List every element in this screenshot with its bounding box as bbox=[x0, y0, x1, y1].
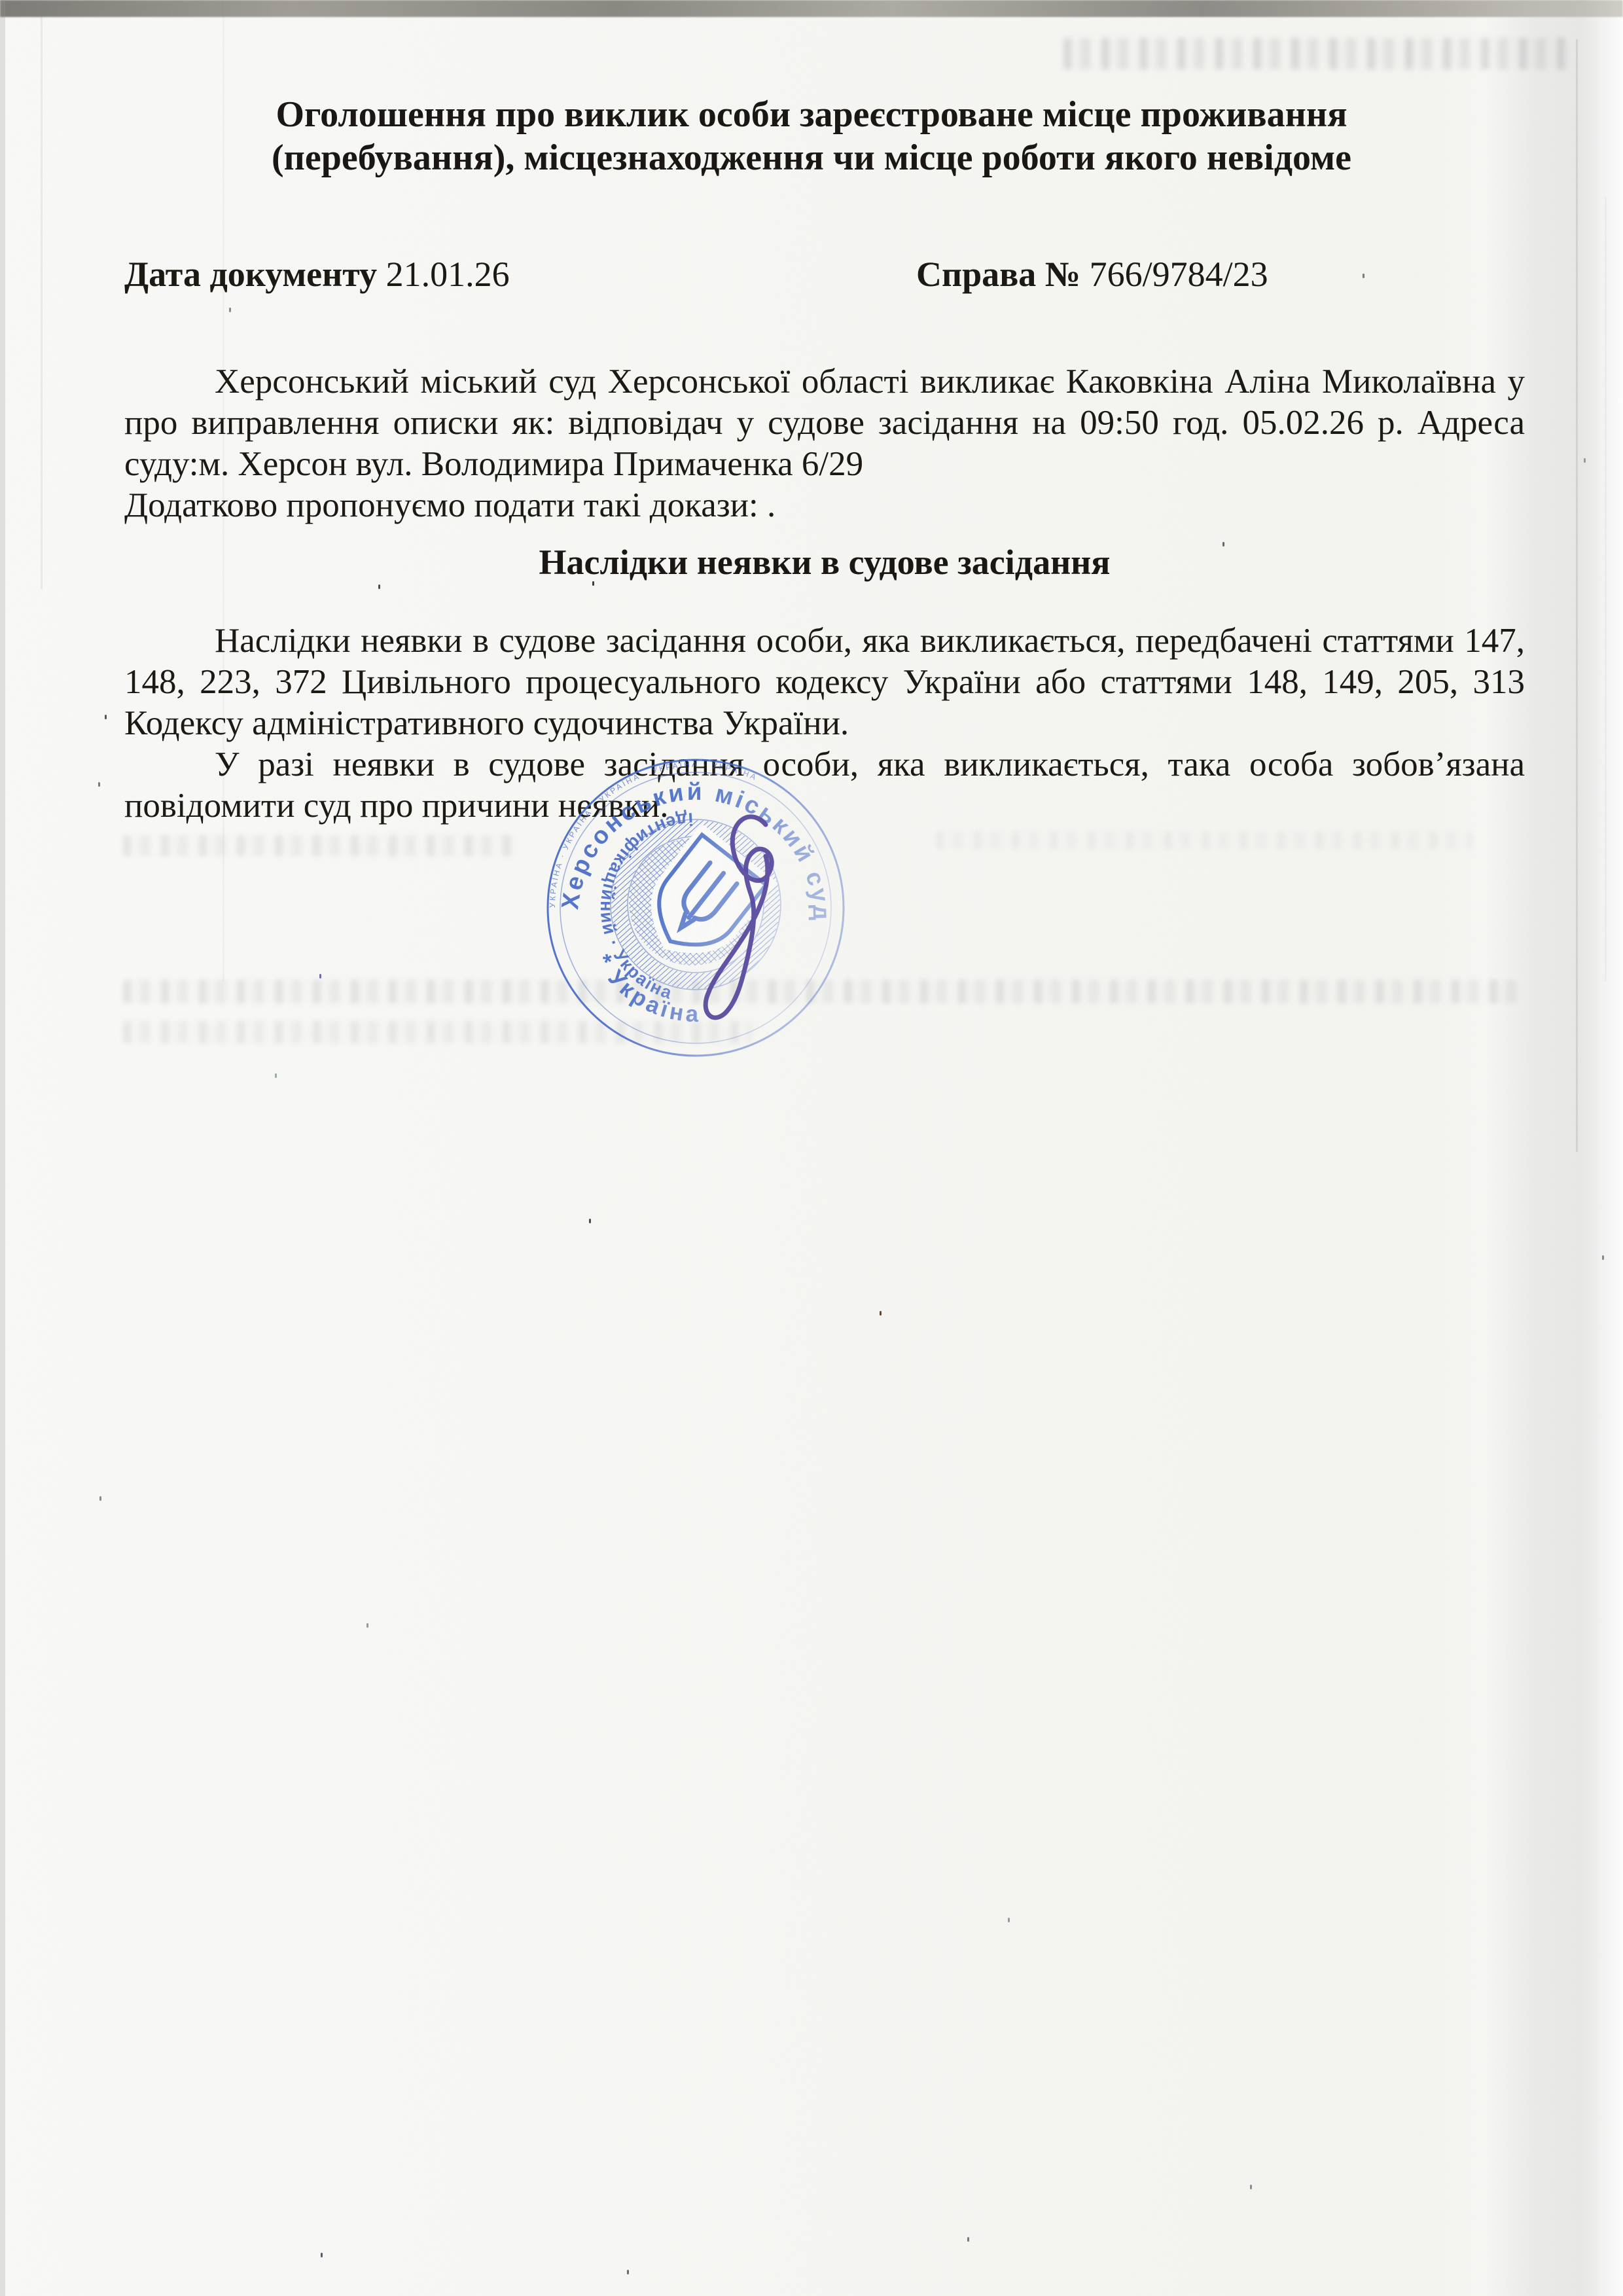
date-label: Дата документу bbox=[124, 255, 377, 294]
summons-paragraph: Херсонський міський суд Херсонської обла… bbox=[124, 361, 1525, 485]
case-value: 766/9784/23 bbox=[1090, 255, 1268, 294]
bleed-through-text-strip bbox=[1063, 38, 1567, 69]
signature bbox=[688, 806, 800, 1035]
case-label: Справа № bbox=[916, 255, 1080, 294]
scan-top-edge-artifact bbox=[0, 0, 1623, 17]
section-heading: Наслідки неявки в судове засідання bbox=[124, 542, 1525, 583]
paper-noise bbox=[0, 0, 1623, 2296]
scan-left-edge-artifact bbox=[0, 0, 5, 2296]
scan-right-shadow bbox=[1486, 0, 1623, 2296]
evidence-line: Додатково пропонуємо подати такі докази:… bbox=[124, 485, 1525, 526]
document-title: Оголошення про виклик особи зареєстрован… bbox=[190, 93, 1433, 179]
scan-streak bbox=[1576, 39, 1578, 1152]
meta-row: Дата документу 21.01.26 Справа № 766/978… bbox=[124, 254, 1525, 295]
bleed-through-text-strip bbox=[936, 831, 1472, 850]
date-value: 21.01.26 bbox=[386, 255, 510, 294]
consequences-paragraph: Наслідки неявки в судове засідання особи… bbox=[124, 620, 1525, 744]
case-group: Справа № 766/9784/23 bbox=[916, 254, 1268, 295]
scan-streak bbox=[1605, 196, 1607, 982]
bleed-through-text-strip bbox=[123, 835, 516, 856]
dust-specks bbox=[0, 0, 2, 5]
scan-streak bbox=[41, 0, 43, 589]
scanned-court-summons-page: Оголошення про виклик особи зареєстрован… bbox=[0, 0, 1623, 2296]
